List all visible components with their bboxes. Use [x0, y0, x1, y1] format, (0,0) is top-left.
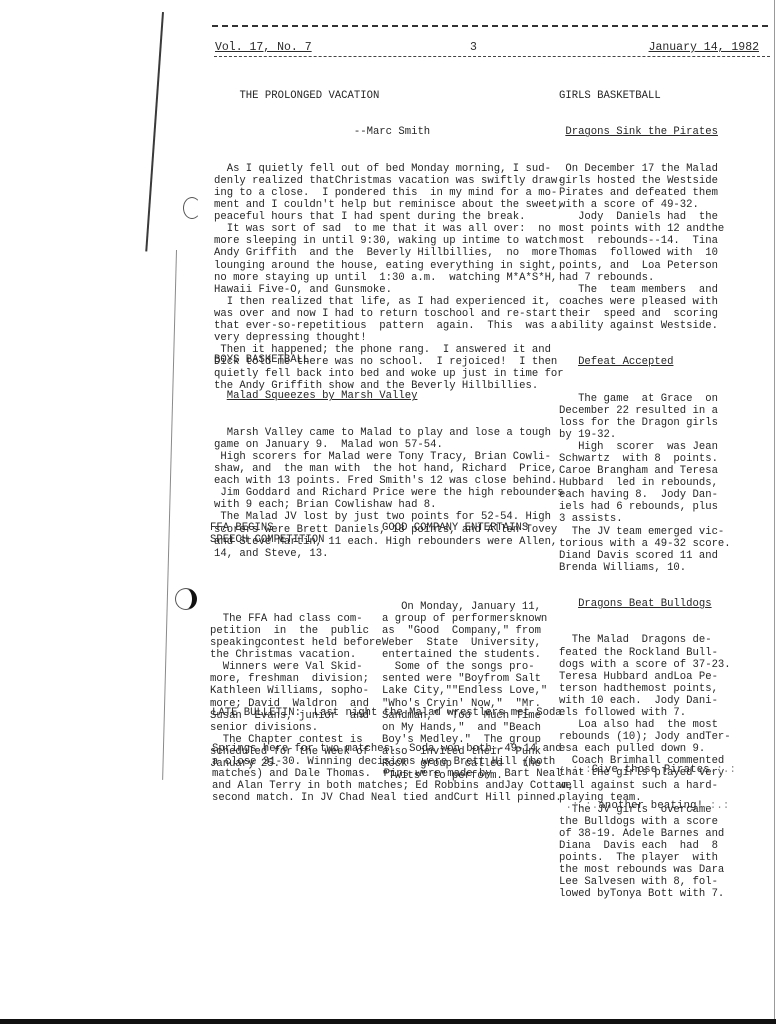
text-line: ment and I couldn't help but reminisce a… [214, 199, 564, 211]
text-line: more sleeping in until 9:30, waking up i… [214, 235, 564, 247]
text-line: On Monday, January 11, [382, 601, 547, 613]
text-line: dogs with a score of 37-23. [559, 659, 731, 671]
text-line: coaches were pleased with [559, 296, 731, 308]
text-line: Some of the songs pro- [382, 661, 547, 673]
text-line: was over and now I had to return toschoo… [214, 308, 564, 320]
text-line: entertained the students. [382, 649, 547, 661]
text-line: and Alan Terry in both matches; Ed Robbi… [212, 780, 574, 792]
text-line: ing to a close. I pondered this in my mi… [214, 187, 564, 199]
text-line: their speed and scoring [559, 308, 731, 320]
binding-line-lower [162, 250, 177, 780]
issue-date: January 14, 1982 [648, 41, 760, 55]
volume-number: Vol. 17, No. 7 [214, 41, 313, 55]
text-line: the most rebounds was Dara [559, 864, 731, 876]
text-line: els followed with 7. [559, 707, 731, 719]
text-line: Pirates and defeated them [559, 187, 731, 199]
text-line: Brenda Williams, 10. [559, 562, 731, 574]
article-title: GOOD COMPANY ENTERTAINS [382, 522, 547, 534]
section-title: BOYS BASKETBALL [214, 354, 564, 366]
text-line: as "Good Company," from [382, 625, 547, 637]
article-late-bulletin: LATE BULLETIN: Last night the Malad wres… [212, 683, 574, 828]
binding-line [145, 12, 164, 252]
text-line: speakingcontest held before [210, 637, 382, 649]
text-line: each with 13 points. Fred Smith's 12 was… [214, 475, 564, 487]
text-line: Hawaii Five-O, and Gunsmoke. [214, 284, 564, 296]
text-line: Loa also had the most [559, 719, 731, 731]
scan-bottom-edge [0, 1019, 776, 1024]
text-line: Marsh Valley came to Malad to play and l… [214, 427, 564, 439]
text-line: a close 31-30. Winning decisions were Br… [212, 756, 574, 768]
newsletter-page: Vol. 17, No. 7 3 January 14, 1982 THE PR… [0, 0, 776, 1024]
text-line: Jody Daniels had the [559, 211, 731, 223]
text-line: Springs here for two matches. Soda won b… [212, 743, 574, 755]
article-headline: Dragons Sink the Pirates [559, 126, 731, 138]
article-headline: Malad Squeezes by Marsh Valley [214, 390, 564, 402]
text-line: I then realized that life, as I had expe… [214, 296, 564, 308]
text-line: Diana Davis each had 8 [559, 840, 731, 852]
text-line: most points with 12 andthe [559, 223, 731, 235]
page-edge [774, 0, 775, 1024]
text-line: with 10 each. Jody Dani- [559, 695, 731, 707]
punch-hole-icon [183, 197, 201, 219]
text-line: had 7 rebounds. [559, 272, 731, 284]
bulletin-label: LATE BULLETIN: [212, 707, 301, 719]
text-line: a group of performersknown [382, 613, 547, 625]
article-byline: --Marc Smith [214, 126, 564, 138]
text-line: As I quietly fell out of bed Monday morn… [214, 163, 564, 175]
text-line: loss for the Dragon girls [559, 417, 731, 429]
article-body: On December 17 the Maladgirls hosted the… [559, 163, 731, 332]
text-line: most rebounds--14. Tina [559, 235, 731, 247]
article-body: Springs here for two matches. Soda won b… [212, 743, 574, 803]
masthead-dashed-rule [214, 56, 770, 57]
slogan: :.:.:Give those Pirates.:.: .:.:.another… [559, 740, 736, 837]
page-number: 3 [469, 41, 478, 55]
article-headline: Dragons Beat Bulldogs [559, 598, 731, 610]
text-line: shaw, and the man with the hot hand, Ric… [214, 463, 564, 475]
article-title: FFA BEGINSSPEECH COMPETITION [210, 522, 382, 546]
text-line: The game at Grace on [559, 393, 731, 405]
text-line: points. The player with [559, 852, 731, 864]
text-line: ability against Westside. [559, 320, 731, 332]
top-dashed-rule [212, 25, 768, 27]
text-line: High scorer was Jean [559, 441, 731, 453]
text-line: Andy Griffith and the Beverly Hillbillie… [214, 247, 564, 259]
text-line: The JV team emerged vic- [559, 526, 731, 538]
text-line: The FFA had class com- [210, 613, 382, 625]
text-line: petition in the public [210, 625, 382, 637]
text-line: second match. In JV Chad Neal tied andCu… [212, 792, 574, 804]
article-title: THE PROLONGED VACATION [214, 90, 564, 102]
text-line: no more staying up until 1:30 a.m. watch… [214, 272, 564, 284]
section-title: GIRLS BASKETBALL [559, 90, 731, 102]
text-line: each having 8. Jody Dan- [559, 489, 731, 501]
text-line: lounging around the house, eating everyt… [214, 260, 564, 272]
text-line: torious with a 49-32 score. [559, 538, 731, 550]
text-line: by 19-32. [559, 429, 731, 441]
text-line: peaceful hours that I had spent during t… [214, 211, 564, 223]
text-line: the Christmas vacation. [210, 649, 382, 661]
text-line: with a score of 49-32. [559, 199, 731, 211]
text-line: Caroe Brangham and Teresa [559, 465, 731, 477]
text-line: feated the Rockland Bull- [559, 647, 731, 659]
bulletin-first-line: LATE BULLETIN: Last night the Malad wres… [212, 707, 574, 719]
text-line: The Malad Dragons de- [559, 634, 731, 646]
text-line: 3 assists. [559, 513, 731, 525]
text-line: High scorers for Malad were Tony Tracy, … [214, 451, 564, 463]
text-line: Thomas followed with 10 [559, 247, 731, 259]
text-line: December 22 resulted in a [559, 405, 731, 417]
text-line: The team members and [559, 284, 731, 296]
masthead: Vol. 17, No. 7 3 January 14, 1982 [214, 41, 770, 55]
text-line: Hubbard led in rebounds, [559, 477, 731, 489]
text-line: points, and Loa Peterson [559, 260, 731, 272]
article-body: The game at Grace onDecember 22 resulted… [559, 393, 731, 574]
text-line: Lee Salvesen with 8, fol- [559, 876, 731, 888]
text-line: Schwartz with 8 points. [559, 453, 731, 465]
text-line: lowed byTonya Bott with 7. [559, 888, 731, 900]
text-line: denly realized thatChristmas vacation wa… [214, 175, 564, 187]
punch-hole-icon [175, 588, 197, 610]
text-line: matches) and Dale Thomas. Pins were made… [212, 768, 574, 780]
text-line: Diand Davis scored 11 and [559, 550, 731, 562]
text-line: girls hosted the Westside [559, 175, 731, 187]
text-line: SPEECH COMPETITION [210, 534, 382, 546]
text-line: Winners were Val Skid- [210, 661, 382, 673]
article-headline: Defeat Accepted [559, 356, 731, 368]
text-line: game on January 9. Malad won 57-54. [214, 439, 564, 451]
text-line: iels had 6 rebounds, plus [559, 501, 731, 513]
text-line: Weber State University, [382, 637, 547, 649]
text-line: FFA BEGINS [210, 522, 382, 534]
text-line: terson hadthemost points, [559, 683, 731, 695]
text-line: It was sort of sad to me that it was all… [214, 223, 564, 235]
text-line: Teresa Hubbard andLoa Pe- [559, 671, 731, 683]
text-line: On December 17 the Malad [559, 163, 731, 175]
